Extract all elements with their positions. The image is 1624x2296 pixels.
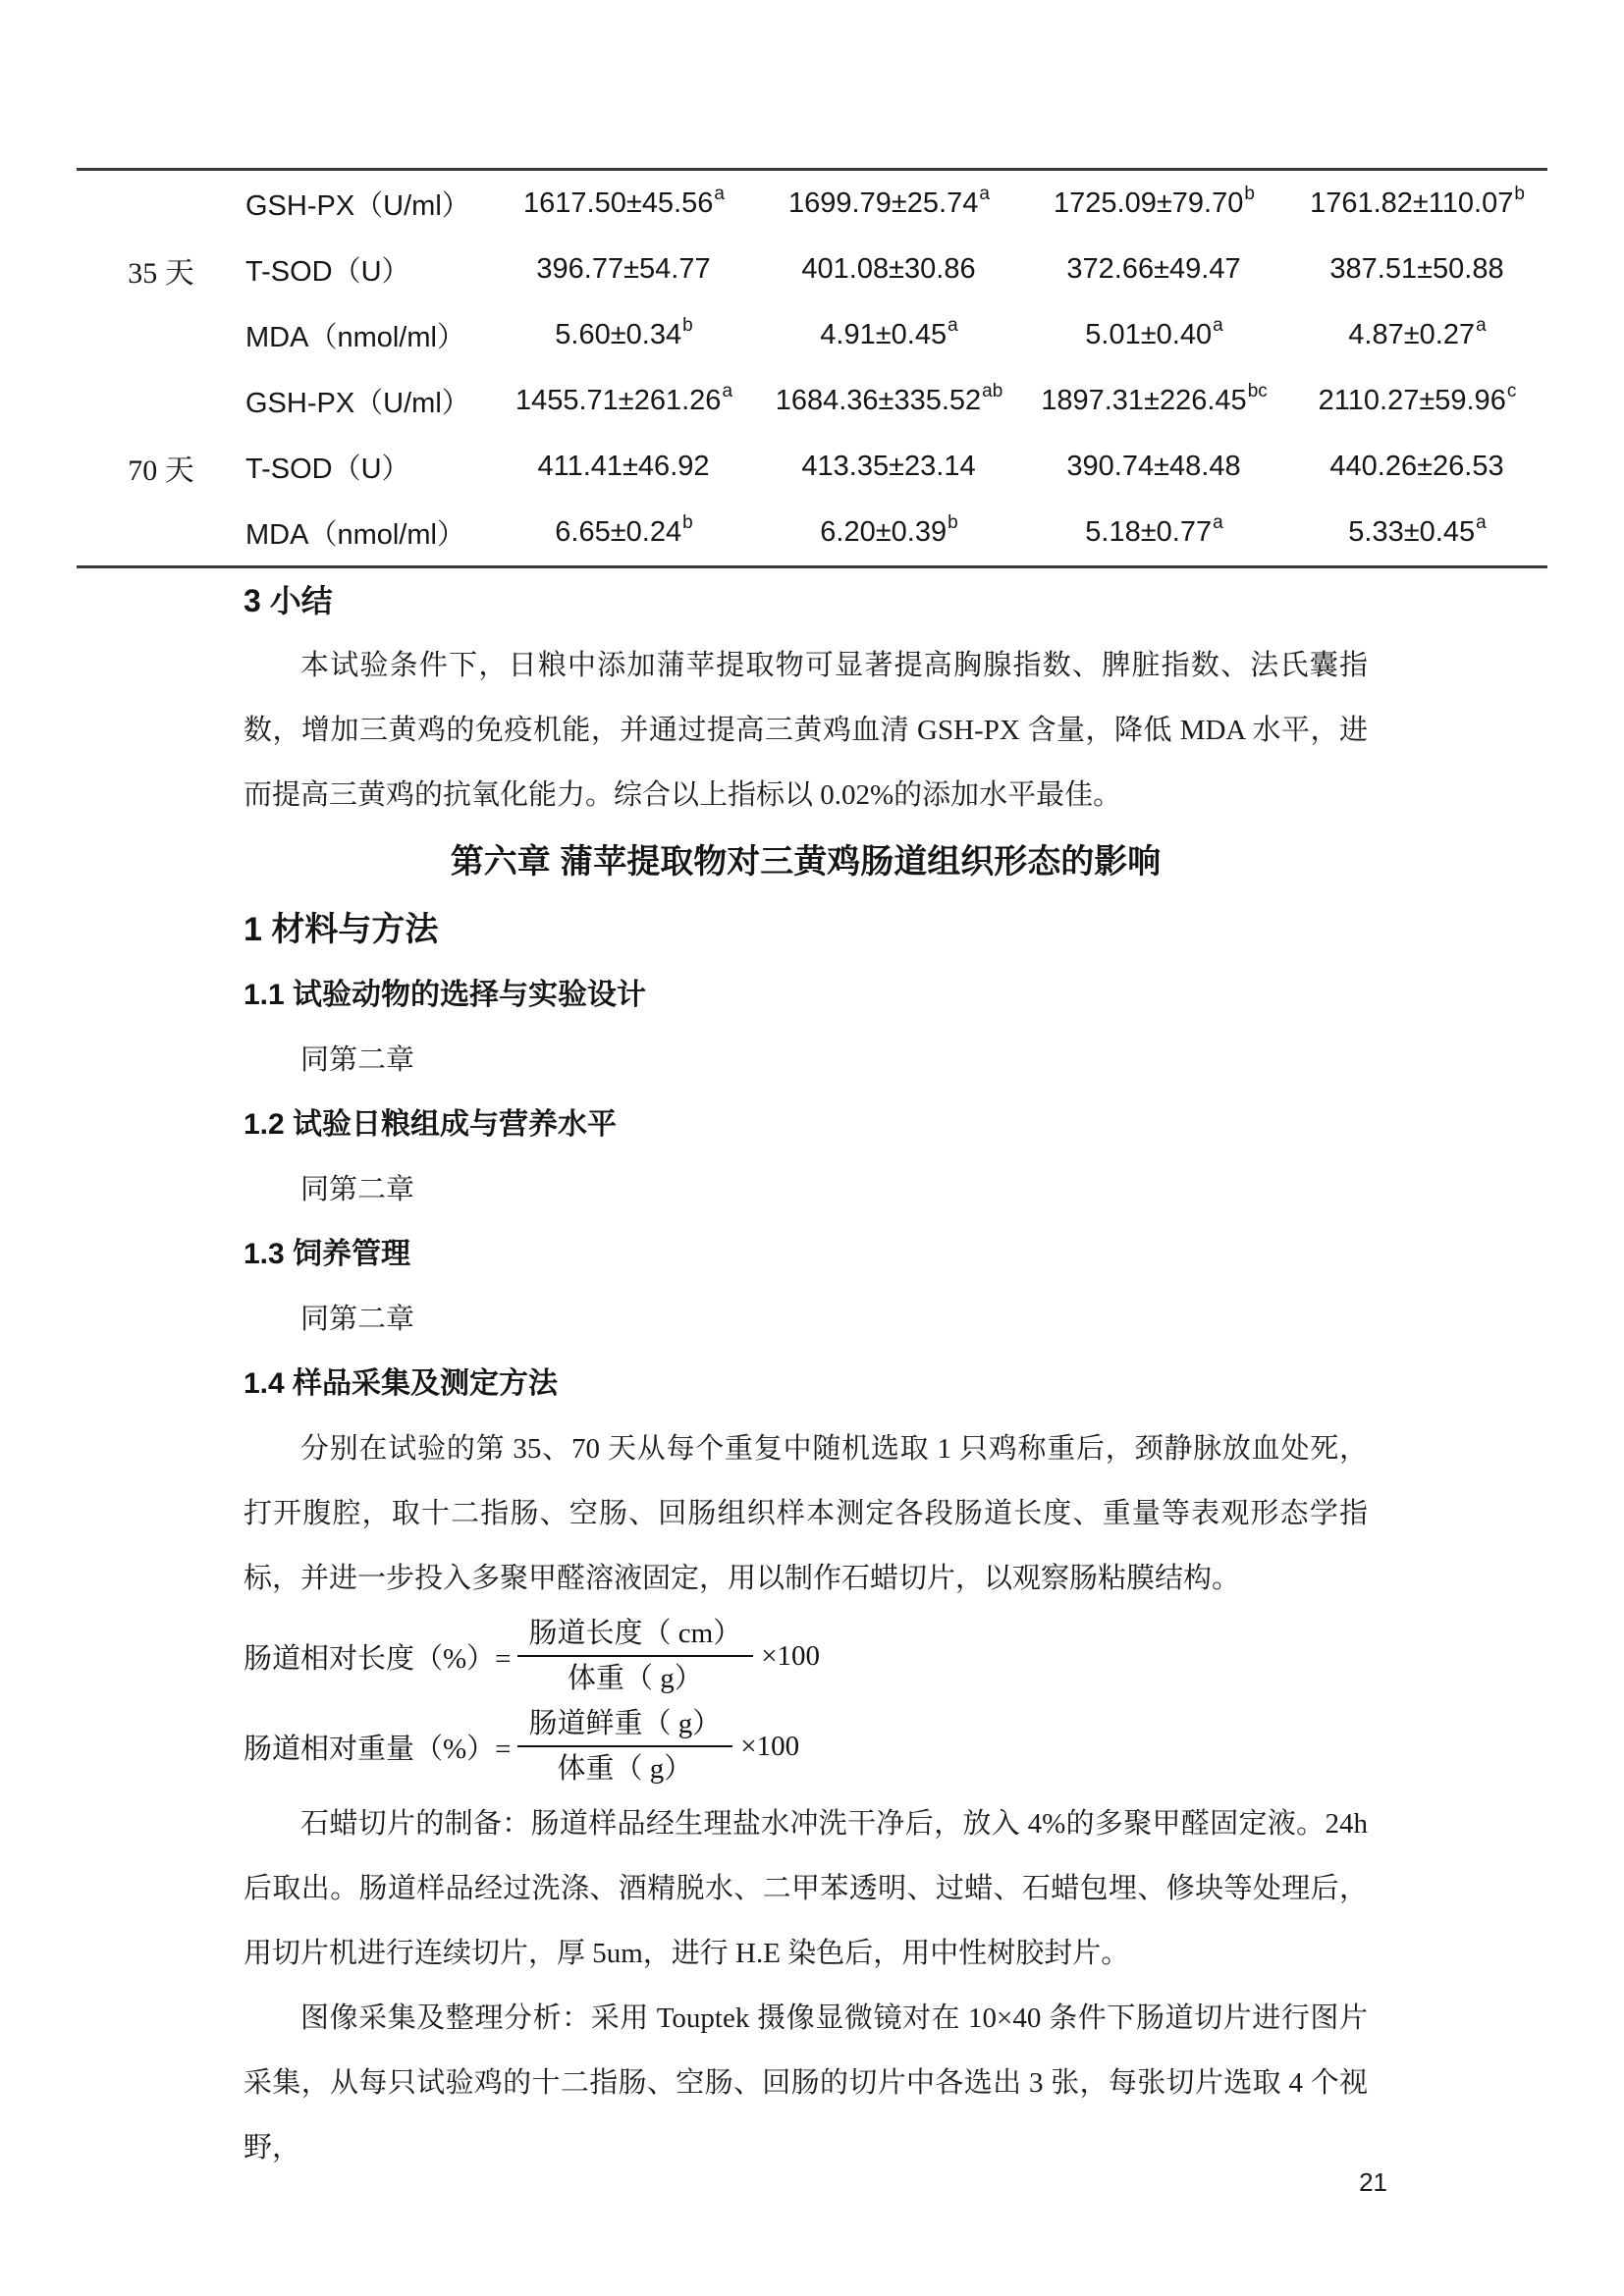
significance-superscript: b [947, 512, 958, 533]
significance-superscript: a [722, 381, 732, 401]
summary-paragraph: 本试验条件下，日粮中添加蒲苹提取物可显著提高胸腺指数、脾脏指数、法氏囊指数，增加… [244, 633, 1368, 828]
subsection-1-4-heading: 1.4 样品采集及测定方法 [244, 1352, 1368, 1416]
imaging-paragraph: 图像采集及整理分析：采用 Touptek 摄像显微镜对在 10×40 条件下肠道… [244, 1986, 1368, 2180]
formula-relative-weight: 肠道相对重量（%）= 肠道鲜重（ g） 体重（ g） ×100 [244, 1701, 1624, 1791]
value-cell: 1617.50±45.56a [491, 170, 756, 238]
significance-superscript: a [979, 184, 990, 204]
value-cell: 5.60±0.34b [491, 302, 756, 368]
value-text: 387.51±50.88 [1329, 253, 1503, 285]
significance-superscript: a [1213, 315, 1223, 336]
document-page: 35 天 GSH-PX（U/ml） 1617.50±45.56a 1699.79… [0, 0, 1624, 2296]
time-label-35d: 35 天 [77, 170, 245, 369]
fraction: 肠道鲜重（ g） 体重（ g） [517, 1705, 733, 1788]
table-row: T-SOD（U） 396.77±54.77 401.08±30.86 372.6… [77, 237, 1547, 302]
significance-superscript: c [1507, 381, 1517, 401]
page-number: 21 [244, 2164, 1387, 2200]
paraffin-paragraph: 石蜡切片的制备：肠道样品经生理盐水冲洗干净后，放入 4%的多聚甲醛固定液。24h… [244, 1791, 1368, 1986]
table-row: T-SOD（U） 411.41±46.92 413.35±23.14 390.7… [77, 434, 1547, 500]
param-cell: T-SOD（U） [245, 237, 491, 302]
value-text: 1617.50±45.56 [523, 187, 713, 219]
value-text: 5.60±0.34 [555, 319, 681, 350]
subsection-1-3-heading: 1.3 饲养管理 [244, 1222, 1368, 1287]
param-cell: GSH-PX（U/ml） [245, 170, 491, 238]
significance-superscript: a [714, 184, 725, 204]
significance-superscript: b [1514, 184, 1525, 204]
value-cell: 1455.71±261.26a [491, 368, 756, 434]
results-table: 35 天 GSH-PX（U/ml） 1617.50±45.56a 1699.79… [77, 168, 1547, 568]
time-label-70d: 70 天 [77, 368, 245, 567]
value-cell: 4.87±0.27a [1286, 302, 1547, 368]
formula-label: 肠道相对重量（%）= [244, 1727, 512, 1767]
value-cell: 1699.79±25.74a [756, 170, 1021, 238]
value-text: 1455.71±261.26 [515, 385, 721, 416]
value-text: 2110.27±59.96 [1319, 385, 1506, 416]
value-text: 4.91±0.45 [820, 319, 947, 350]
value-text: 1699.79±25.74 [788, 187, 978, 219]
summary-heading: 3 小结 [244, 568, 1368, 633]
significance-superscript: a [1213, 512, 1223, 533]
value-text: 411.41±46.92 [537, 451, 709, 482]
value-cell: 401.08±30.86 [756, 237, 1021, 302]
value-cell: 1761.82±110.07b [1286, 170, 1547, 238]
value-text: 401.08±30.86 [801, 253, 975, 285]
value-text: 390.74±48.48 [1066, 451, 1240, 482]
value-cell: 387.51±50.88 [1286, 237, 1547, 302]
value-text: 413.35±23.14 [801, 451, 975, 482]
value-text: 4.87±0.27 [1348, 319, 1475, 350]
value-text: 1897.31±226.45 [1041, 385, 1246, 416]
significance-superscript: bc [1248, 381, 1268, 401]
formula-multiplier: ×100 [740, 1731, 799, 1763]
formula-label: 肠道相对长度（%）= [244, 1636, 512, 1677]
value-cell: 372.66±49.47 [1021, 237, 1286, 302]
same-as-chapter2-note: 同第二章 [244, 1028, 1368, 1093]
value-cell: 5.18±0.77a [1021, 500, 1286, 567]
methods-heading: 1 材料与方法 [244, 896, 1368, 963]
value-cell: 413.35±23.14 [756, 434, 1021, 500]
value-cell: 5.33±0.45a [1286, 500, 1547, 567]
value-text: 372.66±49.47 [1066, 253, 1240, 285]
value-text: 5.33±0.45 [1348, 516, 1475, 548]
table-row: 70 天 GSH-PX（U/ml） 1455.71±261.26a 1684.3… [77, 368, 1547, 434]
value-cell: 1725.09±79.70b [1021, 170, 1286, 238]
same-as-chapter2-note: 同第二章 [244, 1157, 1368, 1222]
value-cell: 1684.36±335.52ab [756, 368, 1021, 434]
same-as-chapter2-note: 同第二章 [244, 1287, 1368, 1352]
param-cell: MDA（nmol/ml） [245, 302, 491, 368]
value-cell: 4.91±0.45a [756, 302, 1021, 368]
value-text: 6.20±0.39 [820, 516, 947, 548]
value-cell: 411.41±46.92 [491, 434, 756, 500]
fraction-denominator: 体重（ g） [568, 1657, 703, 1697]
significance-superscript: b [682, 512, 693, 533]
value-text: 6.65±0.24 [555, 516, 681, 548]
fraction-numerator: 肠道长度（ cm） [517, 1615, 754, 1657]
subsection-1-2-heading: 1.2 试验日粮组成与营养水平 [244, 1093, 1368, 1157]
param-cell: T-SOD（U） [245, 434, 491, 500]
value-text: 5.18±0.77 [1085, 516, 1212, 548]
value-cell: 1897.31±226.45bc [1021, 368, 1286, 434]
significance-superscript: b [682, 315, 693, 336]
value-text: 5.01±0.40 [1085, 319, 1212, 350]
param-cell: MDA（nmol/ml） [245, 500, 491, 567]
value-text: 396.77±54.77 [536, 253, 710, 285]
chapter-heading: 第六章 蒲苹提取物对三黄鸡肠道组织形态的影响 [244, 828, 1368, 896]
value-text: 1761.82±110.07 [1310, 187, 1513, 219]
value-cell: 6.65±0.24b [491, 500, 756, 567]
param-cell: GSH-PX（U/ml） [245, 368, 491, 434]
fraction: 肠道长度（ cm） 体重（ g） [517, 1615, 754, 1697]
fraction-denominator: 体重（ g） [558, 1747, 693, 1788]
value-cell: 396.77±54.77 [491, 237, 756, 302]
significance-superscript: a [1476, 512, 1487, 533]
value-cell: 390.74±48.48 [1021, 434, 1286, 500]
sampling-paragraph: 分别在试验的第 35、70 天从每个重复中随机选取 1 只鸡称重后，颈静脉放血处… [244, 1416, 1368, 1611]
value-cell: 6.20±0.39b [756, 500, 1021, 567]
significance-superscript: ab [982, 381, 1002, 401]
value-text: 1725.09±79.70 [1054, 187, 1243, 219]
table-row: MDA（nmol/ml） 5.60±0.34b 4.91±0.45a 5.01±… [77, 302, 1547, 368]
fraction-numerator: 肠道鲜重（ g） [517, 1705, 733, 1747]
significance-superscript: a [1476, 315, 1487, 336]
formula-relative-length: 肠道相对长度（%）= 肠道长度（ cm） 体重（ g） ×100 [244, 1611, 1624, 1701]
value-cell: 5.01±0.40a [1021, 302, 1286, 368]
significance-superscript: b [1244, 184, 1255, 204]
table-row: 35 天 GSH-PX（U/ml） 1617.50±45.56a 1699.79… [77, 170, 1547, 238]
table-row: MDA（nmol/ml） 6.65±0.24b 6.20±0.39b 5.18±… [77, 500, 1547, 567]
value-text: 1684.36±335.52 [776, 385, 981, 416]
value-text: 440.26±26.53 [1329, 451, 1503, 482]
subsection-1-1-heading: 1.1 试验动物的选择与实验设计 [244, 963, 1368, 1028]
significance-superscript: a [947, 315, 958, 336]
value-cell: 2110.27±59.96c [1286, 368, 1547, 434]
formula-multiplier: ×100 [761, 1640, 820, 1673]
value-cell: 440.26±26.53 [1286, 434, 1547, 500]
